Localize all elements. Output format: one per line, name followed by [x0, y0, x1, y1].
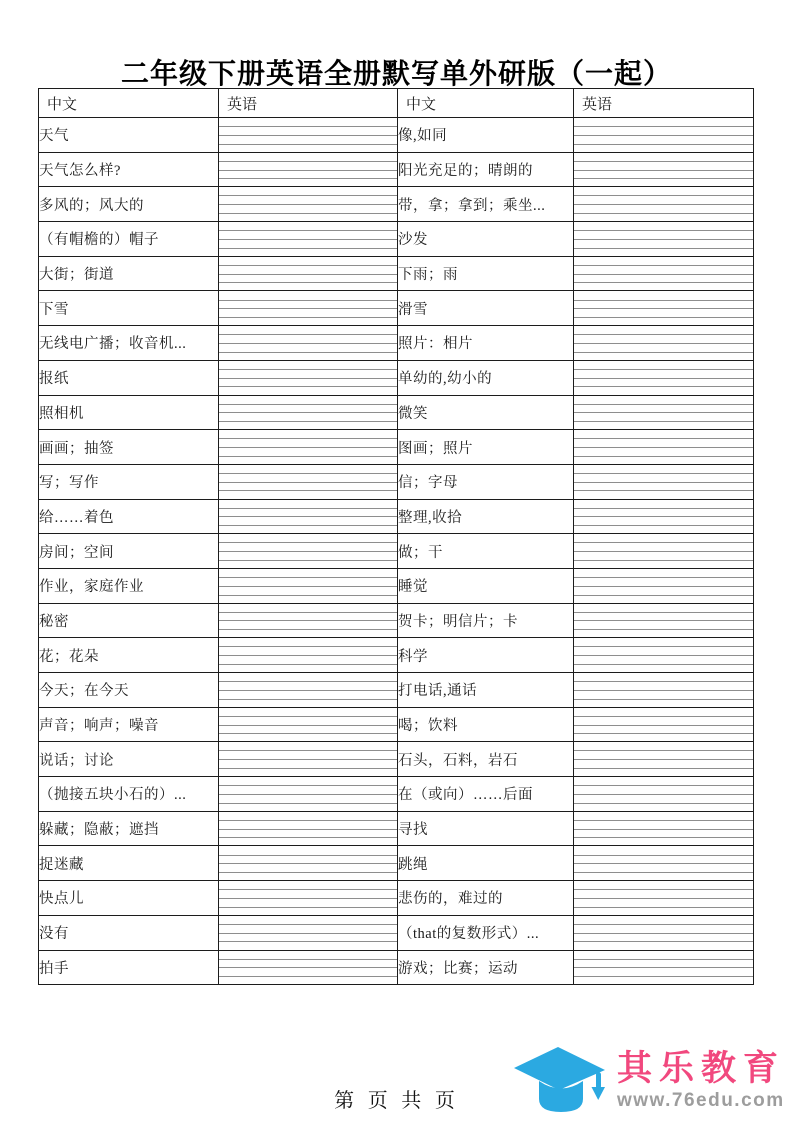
english-writing-cell: [219, 846, 398, 881]
writing-guide-lines: [574, 569, 753, 603]
brand-logo: 其乐教育 www.76edu.com: [508, 1042, 785, 1119]
writing-guide-lines: [574, 742, 753, 776]
writing-guide-lines: [219, 396, 397, 430]
chinese-term-cell: 房间；空间: [39, 534, 219, 569]
col-header-english-1: 英语: [219, 89, 398, 118]
chinese-term-cell: 滑雪: [398, 291, 574, 326]
writing-guide-lines: [574, 430, 753, 464]
english-writing-cell: [574, 430, 754, 465]
writing-guide-lines: [574, 846, 753, 880]
writing-guide-lines: [219, 222, 397, 256]
writing-guide-lines: [219, 326, 397, 360]
english-writing-cell: [219, 430, 398, 465]
writing-guide-lines: [574, 604, 753, 638]
english-writing-cell: [574, 777, 754, 812]
col-header-chinese-2: 中文: [398, 89, 574, 118]
table-row: 给……着色整理,收拾: [39, 499, 754, 534]
english-writing-cell: [574, 395, 754, 430]
english-writing-cell: [219, 777, 398, 812]
writing-guide-lines: [219, 430, 397, 464]
english-writing-cell: [219, 187, 398, 222]
english-writing-cell: [219, 673, 398, 708]
table-row: （有帽檐的）帽子沙发: [39, 222, 754, 257]
table-row: 下雪滑雪: [39, 291, 754, 326]
table-row: 天气像,如同: [39, 118, 754, 153]
chinese-term-cell: 拍手: [39, 950, 219, 985]
writing-guide-lines: [574, 916, 753, 950]
graduation-cap-icon: [512, 1042, 607, 1119]
chinese-term-cell: 没有: [39, 915, 219, 950]
english-writing-cell: [219, 568, 398, 603]
english-writing-cell: [574, 360, 754, 395]
table-row: 躲藏；隐蔽；遮挡寻找: [39, 811, 754, 846]
english-writing-cell: [574, 915, 754, 950]
english-writing-cell: [219, 915, 398, 950]
writing-guide-lines: [574, 257, 753, 291]
writing-guide-lines: [574, 500, 753, 534]
english-writing-cell: [574, 811, 754, 846]
writing-guide-lines: [219, 534, 397, 568]
english-writing-cell: [574, 152, 754, 187]
table-row: 捉迷藏跳绳: [39, 846, 754, 881]
english-writing-cell: [219, 118, 398, 153]
english-writing-cell: [574, 707, 754, 742]
chinese-term-cell: 说话；讨论: [39, 742, 219, 777]
writing-guide-lines: [219, 777, 397, 811]
chinese-term-cell: 信；字母: [398, 464, 574, 499]
chinese-term-cell: 跳绳: [398, 846, 574, 881]
table-row: 拍手游戏；比赛；运动: [39, 950, 754, 985]
writing-guide-lines: [219, 846, 397, 880]
writing-guide-lines: [219, 951, 397, 985]
chinese-term-cell: 阳光充足的；晴朗的: [398, 152, 574, 187]
chinese-term-cell: 躲藏；隐蔽；遮挡: [39, 811, 219, 846]
brand-name: 其乐教育: [617, 1051, 785, 1088]
writing-guide-lines: [219, 881, 397, 915]
chinese-term-cell: 天气: [39, 118, 219, 153]
english-writing-cell: [219, 395, 398, 430]
table-row: 房间；空间做；干: [39, 534, 754, 569]
english-writing-cell: [574, 464, 754, 499]
chinese-term-cell: 捉迷藏: [39, 846, 219, 881]
table-row: 天气怎么样?阳光充足的；晴朗的: [39, 152, 754, 187]
writing-guide-lines: [219, 604, 397, 638]
english-writing-cell: [574, 291, 754, 326]
table-row: 没有（that的复数形式）...: [39, 915, 754, 950]
english-writing-cell: [574, 603, 754, 638]
chinese-term-cell: 下雪: [39, 291, 219, 326]
writing-guide-lines: [574, 777, 753, 811]
chinese-term-cell: 照相机: [39, 395, 219, 430]
table-row: 画画；抽签图画；照片: [39, 430, 754, 465]
english-writing-cell: [219, 603, 398, 638]
writing-guide-lines: [574, 291, 753, 325]
chinese-term-cell: 微笑: [398, 395, 574, 430]
english-writing-cell: [219, 326, 398, 361]
english-writing-cell: [574, 499, 754, 534]
writing-guide-lines: [219, 569, 397, 603]
table-row: 声音；响声；噪音喝；饮料: [39, 707, 754, 742]
writing-guide-lines: [219, 291, 397, 325]
writing-guide-lines: [574, 951, 753, 985]
english-writing-cell: [574, 187, 754, 222]
english-writing-cell: [574, 256, 754, 291]
chinese-term-cell: 石头，石料，岩石: [398, 742, 574, 777]
chinese-term-cell: 今天；在今天: [39, 673, 219, 708]
english-writing-cell: [574, 534, 754, 569]
table-row: 快点儿悲伤的，难过的: [39, 881, 754, 916]
table-body: 天气像,如同天气怎么样?阳光充足的；晴朗的多风的；风大的带，拿；拿到；乘坐...…: [39, 118, 754, 985]
table-row: 作业，家庭作业睡觉: [39, 568, 754, 603]
english-writing-cell: [219, 256, 398, 291]
table-row: 秘密贺卡；明信片；卡: [39, 603, 754, 638]
chinese-term-cell: 单幼的,幼小的: [398, 360, 574, 395]
chinese-term-cell: 秘密: [39, 603, 219, 638]
english-writing-cell: [574, 638, 754, 673]
chinese-term-cell: 写；写作: [39, 464, 219, 499]
writing-guide-lines: [219, 257, 397, 291]
chinese-term-cell: （抛接五块小石的）...: [39, 777, 219, 812]
english-writing-cell: [219, 534, 398, 569]
chinese-term-cell: 悲伤的，难过的: [398, 881, 574, 916]
chinese-term-cell: 带，拿；拿到；乘坐...: [398, 187, 574, 222]
writing-guide-lines: [219, 742, 397, 776]
chinese-term-cell: 打电话,通话: [398, 673, 574, 708]
writing-guide-lines: [219, 500, 397, 534]
chinese-term-cell: （有帽檐的）帽子: [39, 222, 219, 257]
writing-guide-lines: [574, 638, 753, 672]
writing-guide-lines: [574, 187, 753, 221]
chinese-term-cell: 游戏；比赛；运动: [398, 950, 574, 985]
writing-guide-lines: [574, 534, 753, 568]
english-writing-cell: [219, 464, 398, 499]
chinese-term-cell: 天气怎么样?: [39, 152, 219, 187]
chinese-term-cell: 整理,收拾: [398, 499, 574, 534]
english-writing-cell: [574, 118, 754, 153]
chinese-term-cell: 下雨；雨: [398, 256, 574, 291]
english-writing-cell: [219, 360, 398, 395]
col-header-english-2: 英语: [574, 89, 754, 118]
english-writing-cell: [219, 638, 398, 673]
chinese-term-cell: 声音；响声；噪音: [39, 707, 219, 742]
chinese-term-cell: 作业，家庭作业: [39, 568, 219, 603]
chinese-term-cell: 报纸: [39, 360, 219, 395]
chinese-term-cell: 无线电广播；收音机...: [39, 326, 219, 361]
chinese-term-cell: 照片：相片: [398, 326, 574, 361]
english-writing-cell: [574, 881, 754, 916]
writing-guide-lines: [219, 708, 397, 742]
chinese-term-cell: 寻找: [398, 811, 574, 846]
table-row: （抛接五块小石的）...在（或向）……后面: [39, 777, 754, 812]
table-row: 照相机微笑: [39, 395, 754, 430]
chinese-term-cell: 在（或向）……后面: [398, 777, 574, 812]
writing-guide-lines: [219, 187, 397, 221]
english-writing-cell: [219, 881, 398, 916]
writing-guide-lines: [574, 153, 753, 187]
chinese-term-cell: （that的复数形式）...: [398, 915, 574, 950]
table-row: 花；花朵科学: [39, 638, 754, 673]
english-writing-cell: [219, 222, 398, 257]
chinese-term-cell: 快点儿: [39, 881, 219, 916]
chinese-term-cell: 花；花朵: [39, 638, 219, 673]
table-row: 大街；街道下雨；雨: [39, 256, 754, 291]
english-writing-cell: [574, 326, 754, 361]
english-writing-cell: [219, 742, 398, 777]
english-writing-cell: [219, 291, 398, 326]
writing-guide-lines: [574, 361, 753, 395]
chinese-term-cell: 多风的；风大的: [39, 187, 219, 222]
brand-url: www.76edu.com: [617, 1091, 785, 1110]
chinese-term-cell: 大街；街道: [39, 256, 219, 291]
table-row: 说话；讨论石头，石料，岩石: [39, 742, 754, 777]
brand-text-block: 其乐教育 www.76edu.com: [617, 1051, 785, 1110]
table-header-row: 中文 英语 中文 英语: [39, 89, 754, 118]
writing-guide-lines: [574, 222, 753, 256]
chinese-term-cell: 做；干: [398, 534, 574, 569]
col-header-chinese-1: 中文: [39, 89, 219, 118]
chinese-term-cell: 沙发: [398, 222, 574, 257]
chinese-term-cell: 像,如同: [398, 118, 574, 153]
page-title: 二年级下册英语全册默写单外研版（一起）: [0, 52, 793, 92]
english-writing-cell: [574, 742, 754, 777]
chinese-term-cell: 图画；照片: [398, 430, 574, 465]
english-writing-cell: [219, 152, 398, 187]
vocab-table: 中文 英语 中文 英语 天气像,如同天气怎么样?阳光充足的；晴朗的多风的；风大的…: [38, 88, 754, 985]
table-row: 无线电广播；收音机...照片：相片: [39, 326, 754, 361]
chinese-term-cell: 贺卡；明信片；卡: [398, 603, 574, 638]
writing-guide-lines: [574, 118, 753, 152]
chinese-term-cell: 给……着色: [39, 499, 219, 534]
english-writing-cell: [219, 707, 398, 742]
table-row: 报纸单幼的,幼小的: [39, 360, 754, 395]
writing-guide-lines: [574, 396, 753, 430]
english-writing-cell: [574, 673, 754, 708]
writing-guide-lines: [219, 118, 397, 152]
table-row: 写；写作信；字母: [39, 464, 754, 499]
writing-guide-lines: [219, 153, 397, 187]
table-row: 今天；在今天打电话,通话: [39, 673, 754, 708]
writing-guide-lines: [219, 361, 397, 395]
english-writing-cell: [574, 568, 754, 603]
chinese-term-cell: 睡觉: [398, 568, 574, 603]
writing-guide-lines: [219, 812, 397, 846]
writing-guide-lines: [219, 465, 397, 499]
writing-guide-lines: [574, 708, 753, 742]
chinese-term-cell: 喝；饮料: [398, 707, 574, 742]
english-writing-cell: [219, 950, 398, 985]
writing-guide-lines: [219, 916, 397, 950]
writing-guide-lines: [574, 673, 753, 707]
writing-guide-lines: [219, 638, 397, 672]
english-writing-cell: [574, 950, 754, 985]
writing-guide-lines: [574, 326, 753, 360]
english-writing-cell: [219, 499, 398, 534]
table-row: 多风的；风大的带，拿；拿到；乘坐...: [39, 187, 754, 222]
english-writing-cell: [574, 222, 754, 257]
writing-guide-lines: [574, 812, 753, 846]
writing-guide-lines: [574, 881, 753, 915]
english-writing-cell: [219, 811, 398, 846]
writing-guide-lines: [574, 465, 753, 499]
english-writing-cell: [574, 846, 754, 881]
writing-guide-lines: [219, 673, 397, 707]
chinese-term-cell: 画画；抽签: [39, 430, 219, 465]
chinese-term-cell: 科学: [398, 638, 574, 673]
